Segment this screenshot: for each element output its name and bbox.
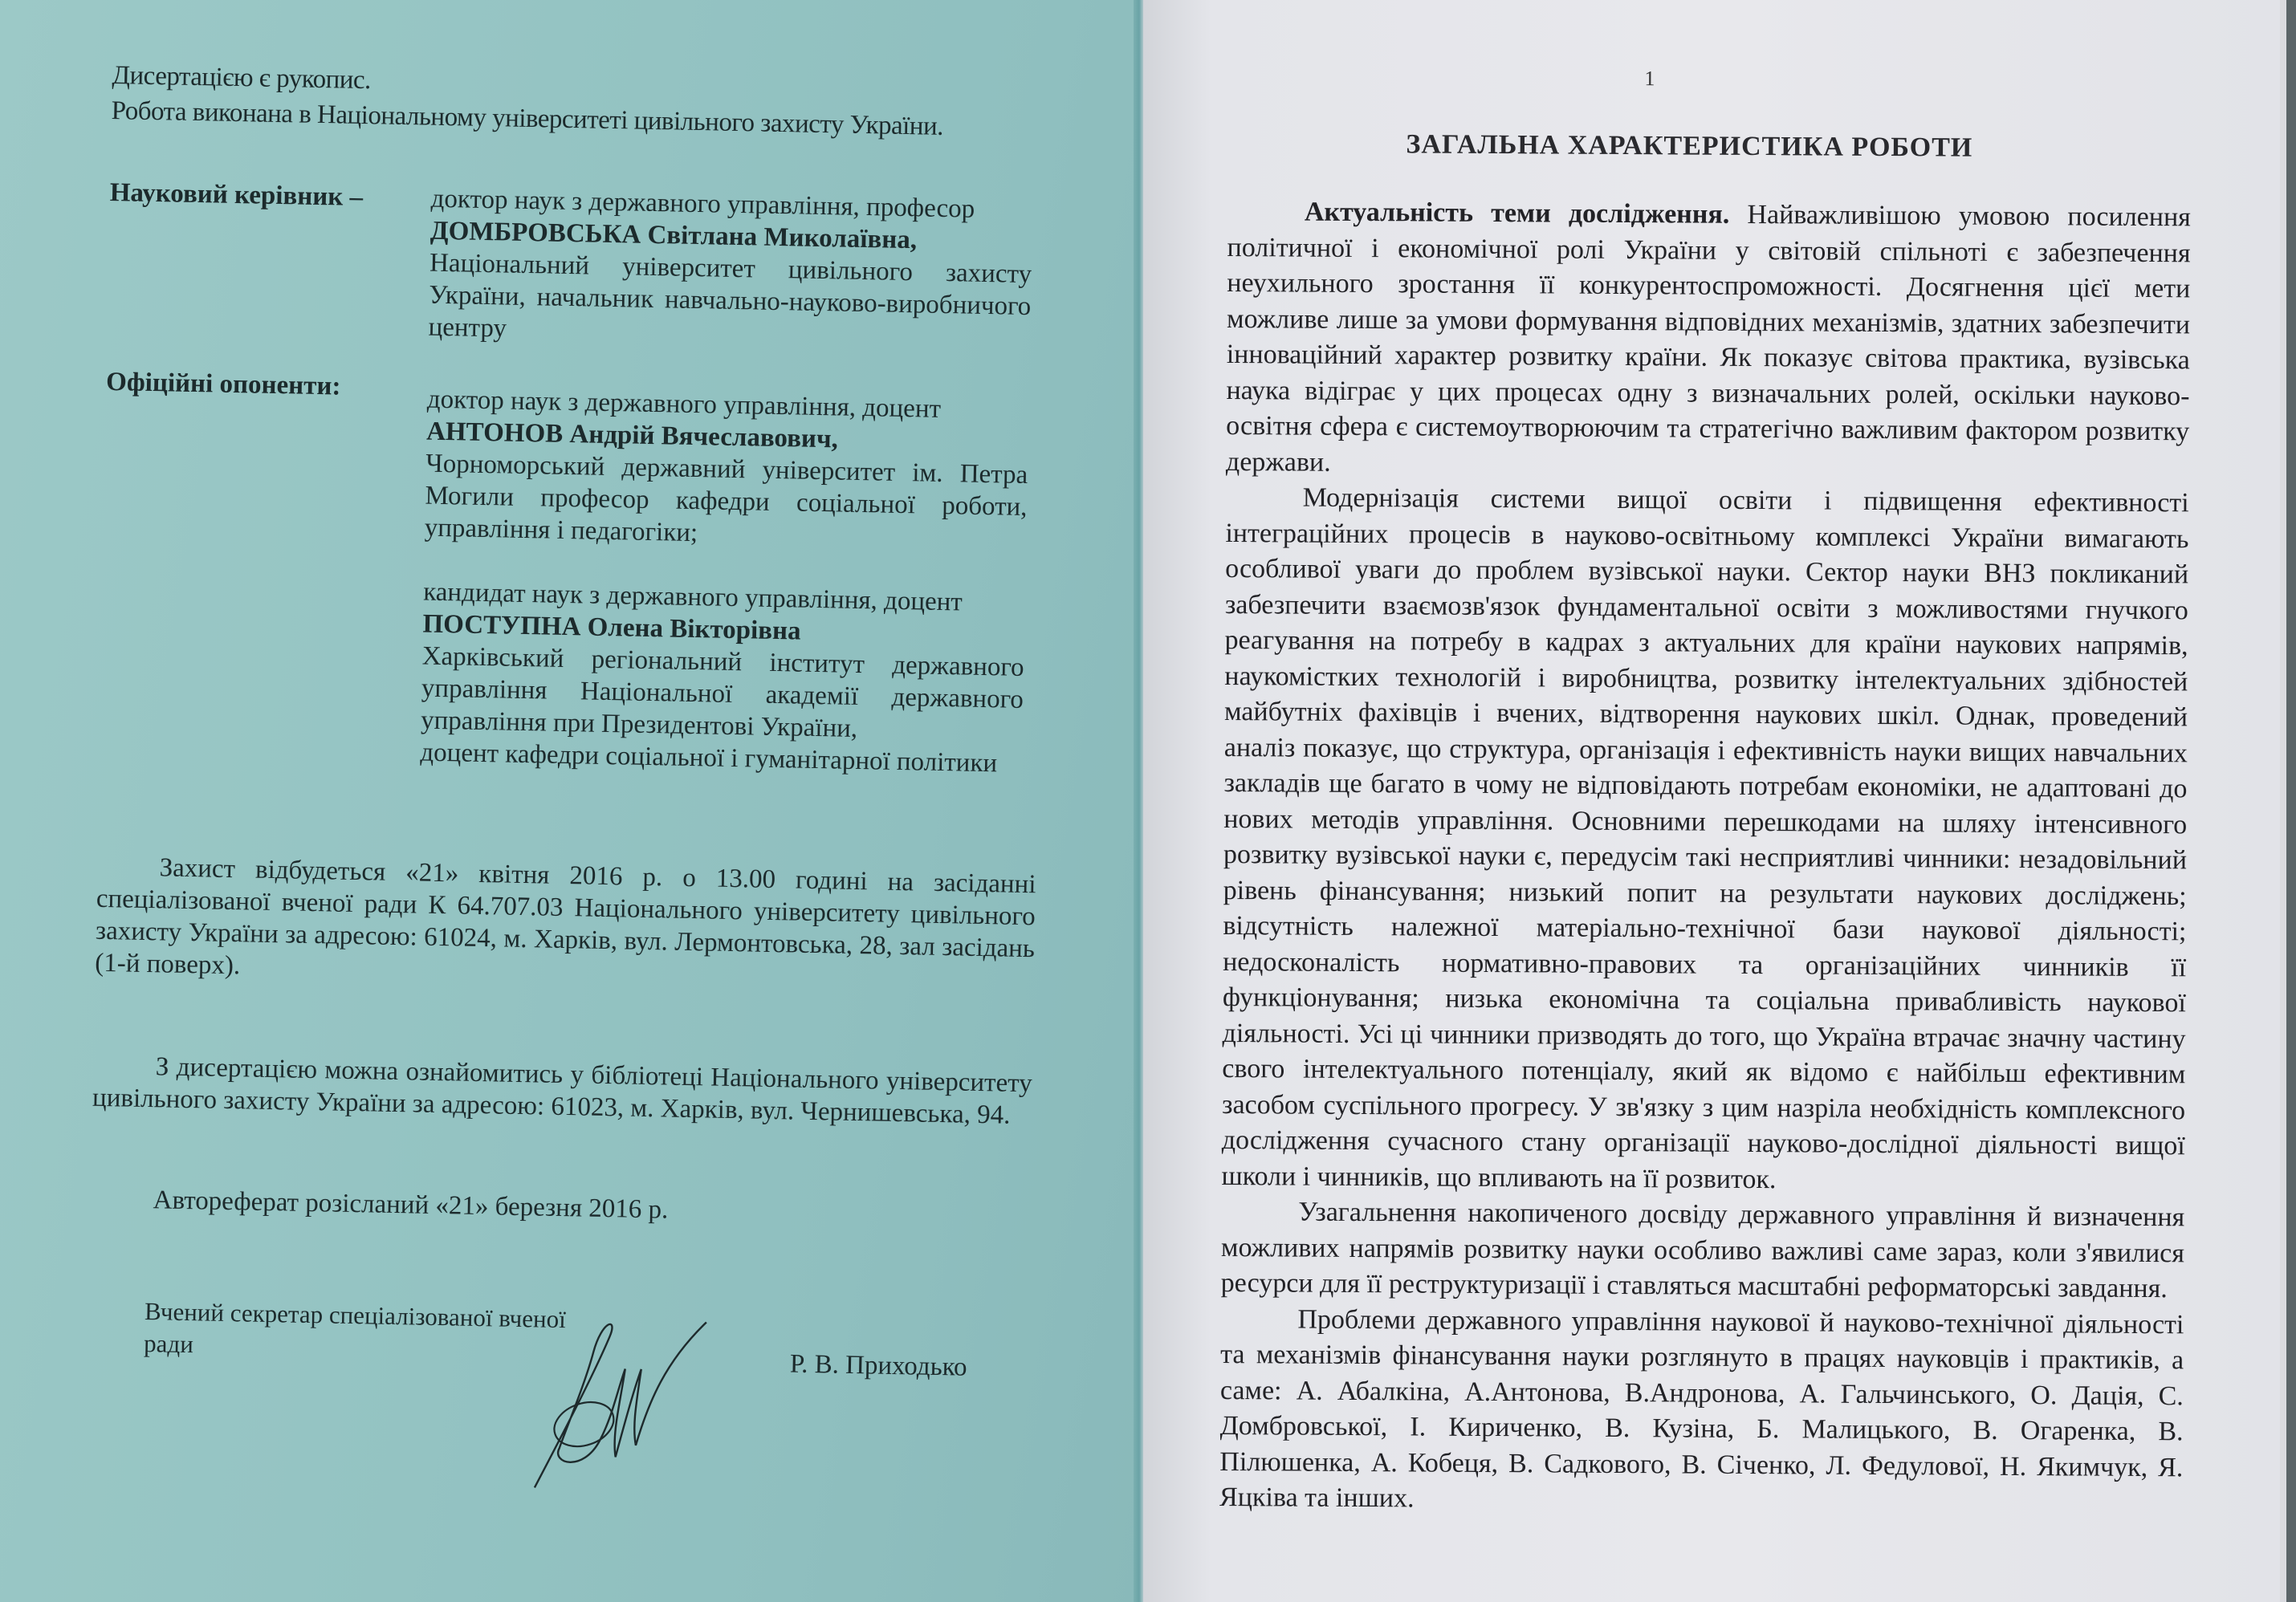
paragraph-generalization: Узагальнення накопиченого досвіду держав… bbox=[1221, 1194, 2185, 1307]
left-page-content: Дисертацією є рукопис. Робота виконана в… bbox=[85, 58, 1060, 1489]
secretary-signature-block: Вчений секретар спеціалізованої вченої р… bbox=[85, 1295, 1036, 1490]
paragraph-modernization: Модернізація системи вищої освіти і підв… bbox=[1221, 480, 2188, 1200]
handwritten-signature-icon bbox=[503, 1303, 715, 1499]
opponent-1-affiliation: Чорноморський державний університет ім. … bbox=[424, 448, 1028, 555]
opponents-label: Офіційні опоненти: bbox=[99, 366, 427, 769]
supervisor-block: Науковий керівник – доктор наук з держав… bbox=[107, 177, 1057, 356]
supervisor-label: Науковий керівник – bbox=[107, 177, 431, 344]
right-page-content: 1 ЗАГАЛЬНА ХАРАКТЕРИСТИКА РОБОТИ Актуаль… bbox=[1219, 64, 2192, 1522]
section-title: ЗАГАЛЬНА ХАРАКТЕРИСТИКА РОБОТИ bbox=[1227, 128, 2151, 165]
page-number: 1 bbox=[1228, 64, 2071, 93]
paragraph-lead: Актуальність теми дослідження. bbox=[1305, 197, 1730, 230]
autoreferat-date: Автореферат розісланий «21» березня 2016… bbox=[90, 1185, 1037, 1233]
opponents-block: Офіційні опоненти: доктор наук з державн… bbox=[99, 366, 1053, 781]
opponent-2-affiliation: Харківський регіональний інститут держав… bbox=[421, 640, 1024, 748]
paragraph-relevance: Актуальність теми дослідження. Найважлив… bbox=[1226, 194, 2191, 486]
defense-info: Захист відбудеться «21» квітня 2016 р. о… bbox=[95, 851, 1036, 997]
secretary-name: Р. В. Приходько bbox=[790, 1350, 967, 1383]
paragraph-problems: Проблеми державного управління наукової … bbox=[1219, 1301, 2184, 1521]
library-info: З дисертацією можна ознайомитись у біблі… bbox=[92, 1050, 1032, 1132]
supervisor-affiliation: Національний університет цивільного захи… bbox=[428, 247, 1032, 355]
page-edge-shadow bbox=[2286, 0, 2296, 1602]
